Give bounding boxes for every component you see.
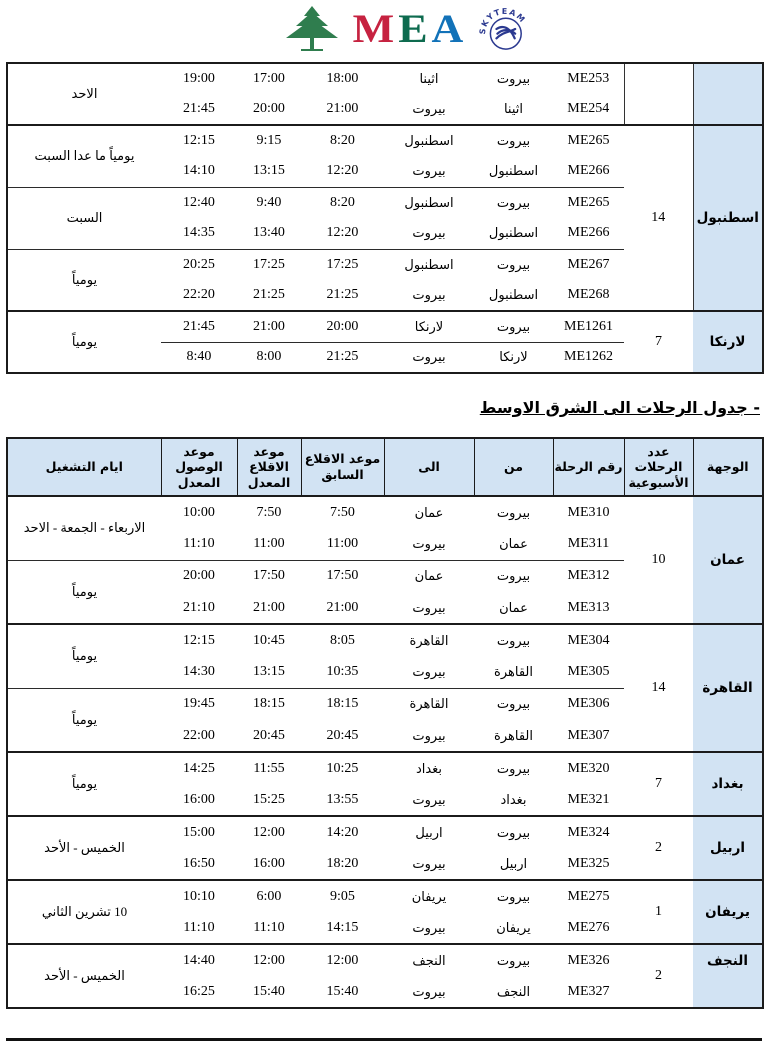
flight-number-cell: ME310	[553, 496, 624, 528]
revised-departure-cell: 20:45	[237, 720, 301, 752]
to-city-cell: بيروت	[384, 784, 474, 816]
to-city-cell: بيروت	[384, 720, 474, 752]
mea-letter-a: A	[432, 11, 466, 48]
previous-departure-cell: 20:00	[301, 311, 384, 342]
to-city-cell: النجف	[384, 944, 474, 976]
revised-arrival-cell: 21:10	[161, 592, 237, 624]
revised-departure-cell: 21:00	[237, 592, 301, 624]
operating-days-cell: يومياً	[7, 752, 161, 816]
revised-departure-cell: 9:15	[237, 125, 301, 156]
from-city-cell: بيروت	[474, 63, 553, 94]
column-header: موعد الاقلاع السابق	[301, 438, 384, 496]
previous-departure-cell: 17:25	[301, 249, 384, 280]
skyteam-logo: SKYTEAM	[475, 1, 531, 57]
previous-departure-cell: 12:20	[301, 156, 384, 187]
destination-cell: النجف	[693, 944, 763, 1008]
revised-arrival-cell: 22:20	[161, 280, 237, 311]
flight-row: لارنكا7ME1261بيروتلارنكا20:0021:0021:45ي…	[7, 311, 763, 342]
destination-cell: اربيل	[693, 816, 763, 880]
from-city-cell: اثينا	[474, 94, 553, 125]
revised-arrival-cell: 22:00	[161, 720, 237, 752]
column-header: رقم الرحلة	[553, 438, 624, 496]
revised-departure-cell: 11:10	[237, 912, 301, 944]
previous-departure-cell: 13:55	[301, 784, 384, 816]
previous-departure-cell: 18:20	[301, 848, 384, 880]
previous-departure-cell: 12:20	[301, 218, 384, 249]
revised-departure-cell: 13:15	[237, 656, 301, 688]
column-header: موعد الوصول المعدل	[161, 438, 237, 496]
to-city-cell: بيروت	[384, 156, 474, 187]
operating-days-cell: يومياً	[7, 249, 161, 311]
from-city-cell: بيروت	[474, 752, 553, 784]
flight-row: اسطنبول14ME265بيروتاسطنبول8:209:1512:15ي…	[7, 125, 763, 156]
flight-number-cell: ME313	[553, 592, 624, 624]
operating-days-cell: الاحد	[7, 63, 161, 125]
revised-arrival-cell: 16:00	[161, 784, 237, 816]
weekly-flights-count-cell	[624, 63, 693, 125]
revised-arrival-cell: 16:50	[161, 848, 237, 880]
operating-days-cell: السبت	[7, 187, 161, 249]
revised-departure-cell: 15:25	[237, 784, 301, 816]
flight-row: القاهرة14ME304بيروتالقاهرة8:0510:4512:15…	[7, 624, 763, 656]
flight-schedule-page: M E A SKYTEAM ME253بيروتاثينا18:0017:001…	[0, 0, 768, 1048]
destination-cell: عمان	[693, 496, 763, 624]
revised-departure-cell: 13:15	[237, 156, 301, 187]
from-city-cell: لارنكا	[474, 342, 553, 373]
flight-schedule-table-europe: ME253بيروتاثينا18:0017:0019:00الاحدME254…	[6, 62, 764, 374]
from-city-cell: بيروت	[474, 249, 553, 280]
revised-departure-cell: 7:50	[237, 496, 301, 528]
flight-number-cell: ME266	[553, 156, 624, 187]
to-city-cell: بيروت	[384, 976, 474, 1008]
to-city-cell: بيروت	[384, 342, 474, 373]
flight-number-cell: ME267	[553, 249, 624, 280]
previous-departure-cell: 21:00	[301, 94, 384, 125]
revised-arrival-cell: 12:40	[161, 187, 237, 218]
flight-row: النجف2ME326بيروتالنجف12:0012:0014:40الخم…	[7, 944, 763, 976]
revised-arrival-cell: 20:00	[161, 560, 237, 592]
revised-departure-cell: 9:40	[237, 187, 301, 218]
revised-arrival-cell: 14:40	[161, 944, 237, 976]
revised-departure-cell: 17:50	[237, 560, 301, 592]
from-city-cell: اسطنبول	[474, 156, 553, 187]
revised-arrival-cell: 14:10	[161, 156, 237, 187]
to-city-cell: القاهرة	[384, 624, 474, 656]
airline-logo-header: M E A SKYTEAM	[22, 0, 768, 58]
flight-number-cell: ME1262	[553, 342, 624, 373]
to-city-cell: اسطنبول	[384, 187, 474, 218]
destination-cell: بغداد	[693, 752, 763, 816]
operating-days-cell: يومياً	[7, 624, 161, 688]
revised-arrival-cell: 15:00	[161, 816, 237, 848]
flight-number-cell: ME265	[553, 125, 624, 156]
flight-number-cell: ME1261	[553, 311, 624, 342]
from-city-cell: بيروت	[474, 816, 553, 848]
column-header: من	[474, 438, 553, 496]
revised-arrival-cell: 14:25	[161, 752, 237, 784]
previous-departure-cell: 21:25	[301, 342, 384, 373]
previous-departure-cell: 7:50	[301, 496, 384, 528]
previous-departure-cell: 9:05	[301, 880, 384, 912]
previous-departure-cell: 14:20	[301, 816, 384, 848]
revised-arrival-cell: 21:45	[161, 94, 237, 125]
revised-departure-cell: 12:00	[237, 944, 301, 976]
operating-days-cell: 10 تشرين الثاني	[7, 880, 161, 944]
revised-departure-cell: 16:00	[237, 848, 301, 880]
to-city-cell: بيروت	[384, 592, 474, 624]
flight-number-cell: ME276	[553, 912, 624, 944]
flight-number-cell: ME306	[553, 688, 624, 720]
column-header: ايام التشغيل	[7, 438, 161, 496]
previous-departure-cell: 21:25	[301, 280, 384, 311]
revised-arrival-cell: 10:00	[161, 496, 237, 528]
from-city-cell: القاهرة	[474, 720, 553, 752]
operating-days-cell: الخميس - الأحد	[7, 944, 161, 1008]
revised-departure-cell: 11:00	[237, 528, 301, 560]
from-city-cell: بيروت	[474, 688, 553, 720]
from-city-cell: يريفان	[474, 912, 553, 944]
from-city-cell: اسطنبول	[474, 218, 553, 249]
mea-letter-m: M	[353, 11, 397, 48]
revised-departure-cell: 17:00	[237, 63, 301, 94]
to-city-cell: عمان	[384, 560, 474, 592]
to-city-cell: اسطنبول	[384, 125, 474, 156]
revised-arrival-cell: 8:40	[161, 342, 237, 373]
column-header: الى	[384, 438, 474, 496]
to-city-cell: بيروت	[384, 218, 474, 249]
previous-departure-cell: 8:20	[301, 187, 384, 218]
revised-arrival-cell: 12:15	[161, 624, 237, 656]
destination-cell	[693, 63, 763, 125]
flight-row: بغداد7ME320بيروتبغداد10:2511:5514:25يومي…	[7, 752, 763, 784]
operating-days-cell: يومياً	[7, 560, 161, 624]
weekly-flights-count-cell: 10	[624, 496, 693, 624]
revised-arrival-cell: 11:10	[161, 912, 237, 944]
previous-departure-cell: 8:20	[301, 125, 384, 156]
from-city-cell: اربيل	[474, 848, 553, 880]
from-city-cell: بيروت	[474, 880, 553, 912]
revised-arrival-cell: 19:45	[161, 688, 237, 720]
flight-row: عمان10ME310بيروتعمان7:507:5010:00الاربعا…	[7, 496, 763, 528]
flight-row: ME253بيروتاثينا18:0017:0019:00الاحد	[7, 63, 763, 94]
column-header: الوجهة	[693, 438, 763, 496]
column-header: عدد الرحلات الأسبوعية	[624, 438, 693, 496]
revised-departure-cell: 13:40	[237, 218, 301, 249]
table-header-row: الوجهةعدد الرحلات الأسبوعيةرقم الرحلةمنا…	[7, 438, 763, 496]
from-city-cell: بيروت	[474, 311, 553, 342]
flight-number-cell: ME304	[553, 624, 624, 656]
from-city-cell: اسطنبول	[474, 280, 553, 311]
to-city-cell: بيروت	[384, 280, 474, 311]
flight-number-cell: ME253	[553, 63, 624, 94]
flight-number-cell: ME311	[553, 528, 624, 560]
revised-arrival-cell: 12:15	[161, 125, 237, 156]
operating-days-cell: يومياً	[7, 311, 161, 373]
weekly-flights-count-cell: 1	[624, 880, 693, 944]
to-city-cell: بيروت	[384, 656, 474, 688]
flight-number-cell: ME266	[553, 218, 624, 249]
from-city-cell: بيروت	[474, 125, 553, 156]
flight-number-cell: ME275	[553, 880, 624, 912]
weekly-flights-count-cell: 14	[624, 125, 693, 311]
cedar-tree-icon	[281, 4, 343, 54]
previous-departure-cell: 15:40	[301, 976, 384, 1008]
revised-arrival-cell: 11:10	[161, 528, 237, 560]
to-city-cell: بيروت	[384, 94, 474, 125]
previous-departure-cell: 18:00	[301, 63, 384, 94]
from-city-cell: بيروت	[474, 624, 553, 656]
weekly-flights-count-cell: 7	[624, 311, 693, 373]
weekly-flights-count-cell: 2	[624, 944, 693, 1008]
revised-departure-cell: 21:25	[237, 280, 301, 311]
destination-cell: لارنكا	[693, 311, 763, 373]
previous-departure-cell: 10:25	[301, 752, 384, 784]
flight-row: اربيل2ME324بيروتاربيل14:2012:0015:00الخم…	[7, 816, 763, 848]
previous-departure-cell: 11:00	[301, 528, 384, 560]
flight-number-cell: ME320	[553, 752, 624, 784]
destination-cell: القاهرة	[693, 624, 763, 752]
previous-departure-cell: 10:35	[301, 656, 384, 688]
previous-departure-cell: 20:45	[301, 720, 384, 752]
revised-arrival-cell: 20:25	[161, 249, 237, 280]
weekly-flights-count-cell: 7	[624, 752, 693, 816]
to-city-cell: اثينا	[384, 63, 474, 94]
to-city-cell: يريفان	[384, 880, 474, 912]
weekly-flights-count-cell: 14	[624, 624, 693, 752]
to-city-cell: عمان	[384, 496, 474, 528]
flight-number-cell: ME321	[553, 784, 624, 816]
from-city-cell: بيروت	[474, 187, 553, 218]
from-city-cell: النجف	[474, 976, 553, 1008]
revised-departure-cell: 20:00	[237, 94, 301, 125]
revised-departure-cell: 18:15	[237, 688, 301, 720]
to-city-cell: بغداد	[384, 752, 474, 784]
previous-departure-cell: 8:05	[301, 624, 384, 656]
previous-departure-cell: 17:50	[301, 560, 384, 592]
destination-cell: اسطنبول	[693, 125, 763, 311]
to-city-cell: اسطنبول	[384, 249, 474, 280]
flight-number-cell: ME326	[553, 944, 624, 976]
from-city-cell: عمان	[474, 592, 553, 624]
revised-arrival-cell: 10:10	[161, 880, 237, 912]
revised-departure-cell: 12:00	[237, 816, 301, 848]
flight-number-cell: ME327	[553, 976, 624, 1008]
flight-number-cell: ME265	[553, 187, 624, 218]
revised-arrival-cell: 14:35	[161, 218, 237, 249]
flight-number-cell: ME268	[553, 280, 624, 311]
from-city-cell: بغداد	[474, 784, 553, 816]
weekly-flights-count-cell: 2	[624, 816, 693, 880]
previous-departure-cell: 18:15	[301, 688, 384, 720]
from-city-cell: القاهرة	[474, 656, 553, 688]
previous-departure-cell: 14:15	[301, 912, 384, 944]
mea-wordmark: M E A	[353, 9, 466, 49]
flight-number-cell: ME325	[553, 848, 624, 880]
from-city-cell: عمان	[474, 528, 553, 560]
flight-number-cell: ME254	[553, 94, 624, 125]
operating-days-cell: يومياً ما عدا السبت	[7, 125, 161, 187]
to-city-cell: بيروت	[384, 848, 474, 880]
flight-number-cell: ME307	[553, 720, 624, 752]
flight-number-cell: ME312	[553, 560, 624, 592]
to-city-cell: القاهرة	[384, 688, 474, 720]
revised-arrival-cell: 16:25	[161, 976, 237, 1008]
from-city-cell: بيروت	[474, 560, 553, 592]
revised-arrival-cell: 21:45	[161, 311, 237, 342]
revised-departure-cell: 10:45	[237, 624, 301, 656]
revised-departure-cell: 11:55	[237, 752, 301, 784]
flight-number-cell: ME324	[553, 816, 624, 848]
to-city-cell: لارنكا	[384, 311, 474, 342]
revised-departure-cell: 17:25	[237, 249, 301, 280]
to-city-cell: اربيل	[384, 816, 474, 848]
from-city-cell: بيروت	[474, 496, 553, 528]
mea-letter-e: E	[398, 11, 429, 48]
flight-number-cell: ME305	[553, 656, 624, 688]
revised-arrival-cell: 14:30	[161, 656, 237, 688]
next-table-top-rule	[6, 1038, 762, 1041]
destination-cell: يريفان	[693, 880, 763, 944]
column-header: موعد الاقلاع المعدل	[237, 438, 301, 496]
operating-days-cell: الخميس - الأحد	[7, 816, 161, 880]
section-title-middle-east: - جدول الرحلات الى الشرق الاوسط	[480, 398, 760, 417]
revised-arrival-cell: 19:00	[161, 63, 237, 94]
flight-schedule-table-middle-east: الوجهةعدد الرحلات الأسبوعيةرقم الرحلةمنا…	[6, 437, 764, 1009]
revised-departure-cell: 6:00	[237, 880, 301, 912]
previous-departure-cell: 21:00	[301, 592, 384, 624]
revised-departure-cell: 8:00	[237, 342, 301, 373]
operating-days-cell: الاربعاء - الجمعة - الاحد	[7, 496, 161, 560]
flight-row: يريفان1ME275بيروتيريفان9:056:0010:1010 ت…	[7, 880, 763, 912]
revised-departure-cell: 21:00	[237, 311, 301, 342]
to-city-cell: بيروت	[384, 912, 474, 944]
previous-departure-cell: 12:00	[301, 944, 384, 976]
revised-departure-cell: 15:40	[237, 976, 301, 1008]
to-city-cell: بيروت	[384, 528, 474, 560]
from-city-cell: بيروت	[474, 944, 553, 976]
operating-days-cell: يومياً	[7, 688, 161, 752]
